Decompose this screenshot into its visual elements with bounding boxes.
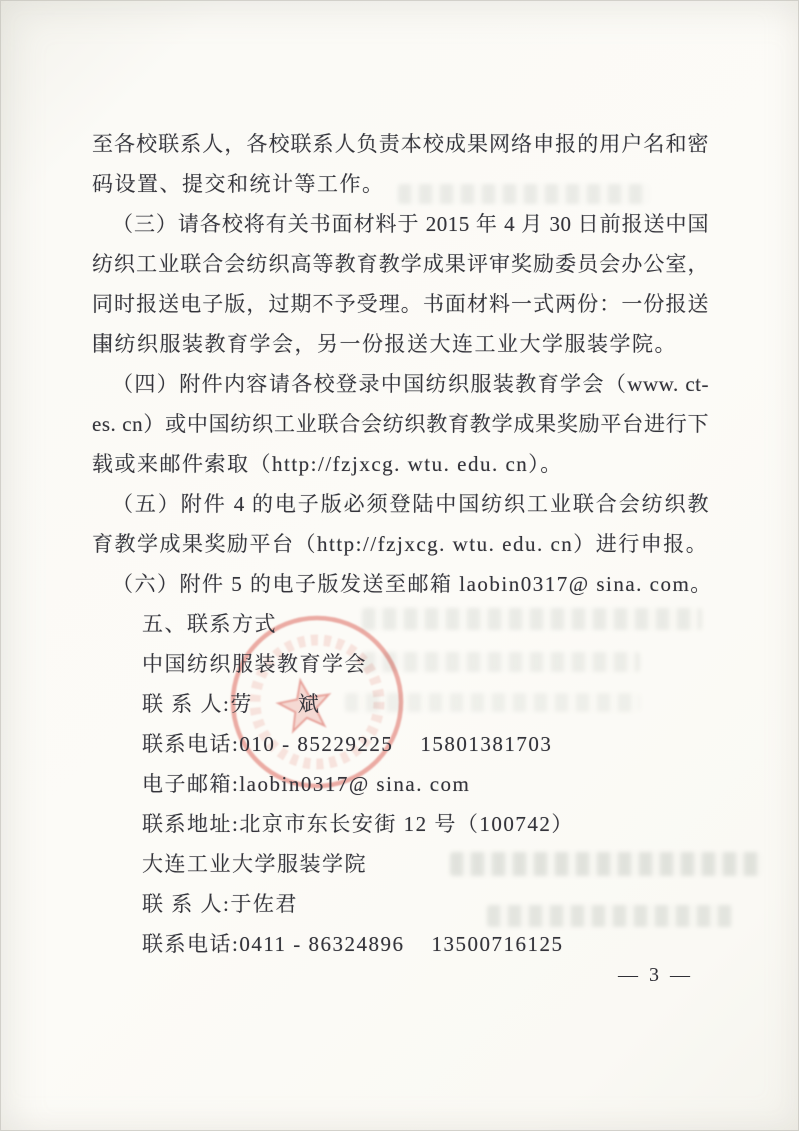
page-number: — 3 —: [618, 964, 693, 987]
contact-person: 联 系 人:劳 斌: [92, 684, 709, 724]
contact-phone: 联系电话:0411 - 86324896 13500716125: [92, 924, 709, 964]
text-line: （三）请各校将有关书面材料于 2015 年 4 月 30 日前报送中国: [92, 204, 709, 244]
text-line: 码设置、提交和统计等工作。: [92, 164, 709, 204]
contact-org-name: 大连工业大学服装学院: [92, 844, 709, 884]
text-line: 同时报送电子版，过期不予受理。书面材料一式两份：一份报送中: [92, 284, 709, 324]
text-line: 国纺织服装教育学会，另一份报送大连工业大学服装学院。: [92, 324, 709, 364]
text-line: 纺织工业联合会纺织高等教育教学成果评审奖励委员会办公室，: [92, 244, 709, 284]
contact-email: 电子邮箱:laobin0317@ sina. com: [92, 764, 709, 804]
section-heading-contact: 五、联系方式: [92, 604, 709, 644]
contact-person: 联 系 人:于佐君: [92, 884, 709, 924]
text-line: es. cn）或中国纺织工业联合会纺织教育教学成果奖励平台进行下: [92, 404, 709, 444]
scanned-document-page: 至各校联系人，各校联系人负责本校成果网络申报的用户名和密 码设置、提交和统计等工…: [0, 0, 799, 1131]
text-line: （五）附件 4 的电子版必须登陆中国纺织工业联合会纺织教: [92, 484, 709, 524]
text-line: 载或来邮件索取（http://fzjxcg. wtu. edu. cn）。: [92, 444, 709, 484]
contact-org-name: 中国纺织服装教育学会: [92, 644, 709, 684]
text-line: 至各校联系人，各校联系人负责本校成果网络申报的用户名和密: [92, 124, 709, 164]
text-line: 育教学成果奖励平台（http://fzjxcg. wtu. edu. cn）进行…: [92, 524, 709, 564]
text-line: （四）附件内容请各校登录中国纺织服装教育学会（www. ct-: [92, 364, 709, 404]
document-text-block: 至各校联系人，各校联系人负责本校成果网络申报的用户名和密 码设置、提交和统计等工…: [92, 124, 709, 964]
contact-address: 联系地址:北京市东长安街 12 号（100742）: [92, 804, 709, 844]
contact-phone: 联系电话:010 - 85229225 15801381703: [92, 724, 709, 764]
text-line: （六）附件 5 的电子版发送至邮箱 laobin0317@ sina. com。: [92, 564, 709, 604]
